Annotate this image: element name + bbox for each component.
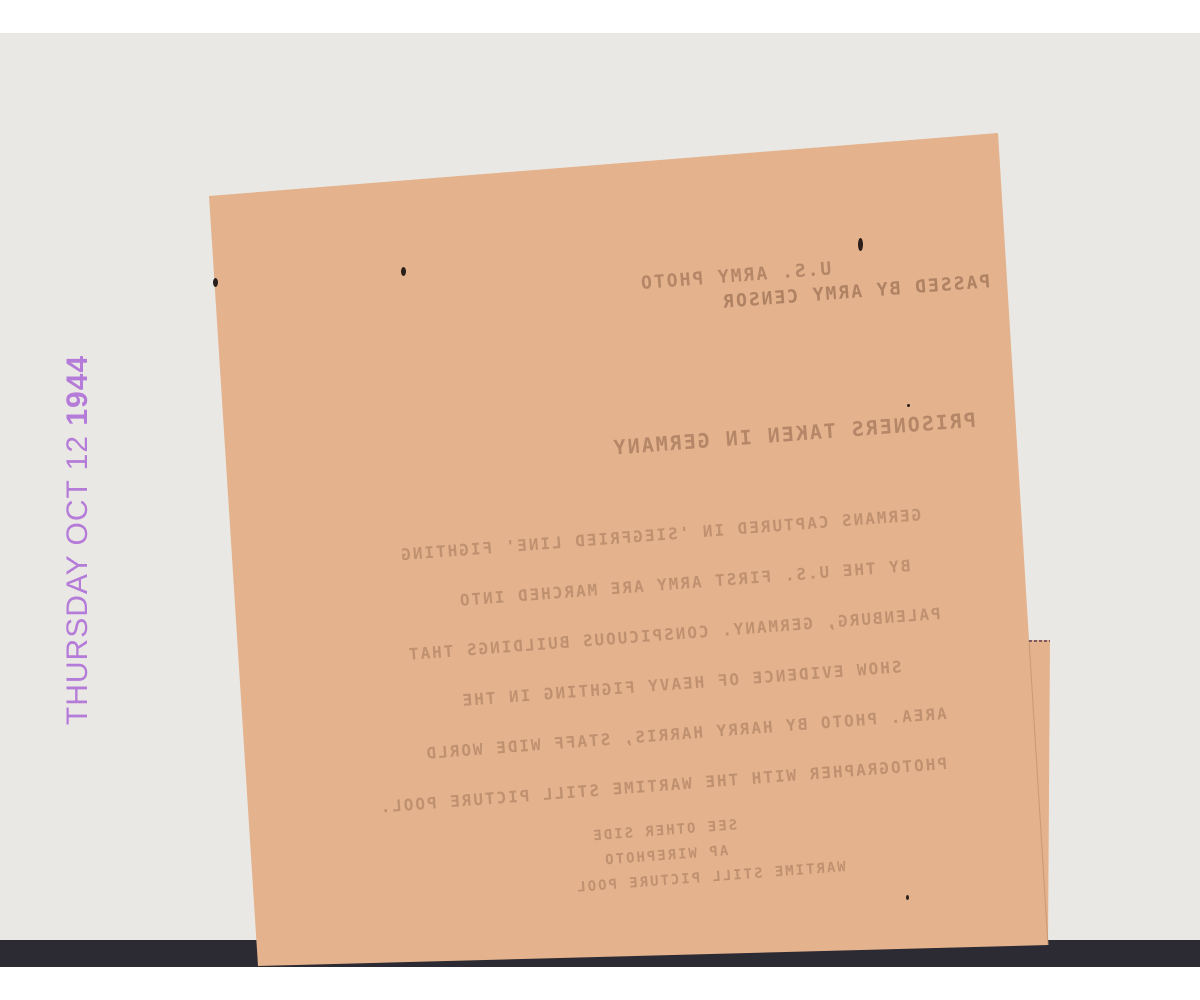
caption-headline: PRISONERS TAKEN IN GERMANY [611, 408, 977, 460]
mirrored-caption-print: U.S. ARMY PHOTO PASSED BY ARMY CENSOR PR… [220, 119, 1068, 957]
ink-speck [858, 238, 863, 251]
caption-body-line: PHOTOGRAPHER WITH THE WARTIME STILL PICT… [378, 754, 948, 817]
date-stamp-date: 12 [61, 435, 94, 470]
ink-speck [401, 267, 406, 276]
ink-speck [906, 895, 909, 900]
date-stamp-month: OCT [61, 480, 94, 546]
ink-speck [907, 404, 910, 407]
date-stamp-day: THURSDAY [61, 555, 94, 725]
caption-body-line: GERMANS CAPTURED IN 'SIEGFRIED LINE' FIG… [399, 505, 922, 564]
caption-footer-line: SEE OTHER SIDE [591, 817, 738, 844]
caption-footer-line: AP WIREPHOTO [603, 843, 729, 869]
caption-body-line: BY THE U.S. FIRST ARMY ARE MARCHED INTO [457, 556, 911, 610]
date-stamp: THURSDAY OCT 12 1944 [61, 355, 95, 725]
caption-body-line: SHOW EVIDENCE OF HEAVY FIGHTING IN THE [460, 657, 902, 710]
caption-body-line: PALENBURG, GERMANY. CONSPICUOUS BUILDING… [406, 604, 941, 664]
caption-body-line: AREA. PHOTO BY HARRY HARRIS, STAFF WIDE … [424, 704, 947, 763]
scanner-edge-strip [0, 940, 1200, 967]
ink-speck [213, 278, 218, 287]
date-stamp-year: 1944 [61, 355, 94, 426]
